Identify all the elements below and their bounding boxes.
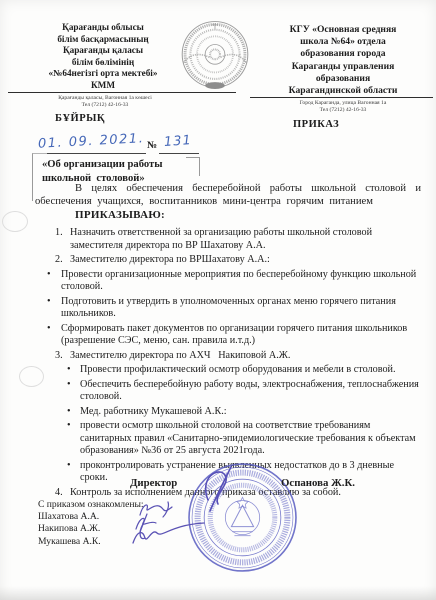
item-text: Заместителю директора по АХЧ Накиповой А…: [70, 350, 423, 363]
director-signature: [198, 464, 244, 516]
phone-line: Тел (7212) 42-16-33: [26, 102, 184, 109]
handwritten-order-number: 131: [164, 133, 193, 150]
address-line: Қарағанды қаласы, Вагонная 1а көшесі: [26, 95, 184, 102]
org-line: білім басқармасының: [24, 34, 182, 46]
bullet-marker: •: [67, 420, 80, 458]
item-text: Сформировать пакет документов по организ…: [61, 323, 423, 348]
scanned-order-document: Қарағанды облысы білім басқармасының Қар…: [0, 0, 436, 600]
order-item: •Обеспечить бесперебойную работу воды, э…: [35, 379, 423, 404]
number-sign: №: [147, 140, 157, 151]
date-underline: [32, 153, 146, 154]
org-line: школа №64» отдела: [254, 36, 432, 48]
item-text: Провести профилактический осмотр оборудо…: [80, 364, 423, 377]
order-item: 2.Заместителю директора по ВРШахатову А.…: [35, 254, 423, 267]
item-text: Заместителю директора по ВРШахатову А.А.…: [70, 254, 423, 267]
header-rule-right: [250, 97, 433, 98]
order-item: 1.Назначить ответственной за организацию…: [35, 227, 423, 252]
org-line: Караганды управления: [254, 61, 432, 73]
handwritten-date: 01. 09. 2021.: [38, 131, 145, 152]
org-line: образования города: [254, 48, 432, 60]
item-text: провести осмотр школьной столовой на соо…: [80, 420, 423, 458]
org-line: Қарағанды облысы: [24, 22, 182, 34]
director-label: Директор: [130, 477, 177, 489]
header-rule-left: [8, 92, 236, 93]
order-heading-russian: ПРИКАЗ: [293, 119, 339, 130]
acknowledgement-block: С приказом ознакомлены: Шахатова А.А. На…: [38, 499, 144, 548]
item-text: Провести организационные мероприятия по …: [61, 269, 423, 294]
bullet-marker: •: [47, 296, 61, 321]
order-item: •Провести организационные мероприятия по…: [35, 269, 423, 294]
item-text: Назначить ответственной за организацию р…: [70, 227, 423, 252]
org-line: КГУ «Основная средняя: [254, 24, 432, 36]
ack-name: Накипова А.Ж.: [38, 523, 144, 535]
item-marker: 1.: [55, 227, 70, 252]
item-text: Подготовить и утвердить в уполномоченных…: [61, 296, 423, 321]
org-address-kazakh: Қарағанды қаласы, Вагонная 1а көшесі Тел…: [26, 95, 184, 109]
org-line: КММ: [24, 80, 182, 92]
bullet-marker: •: [47, 269, 61, 294]
ack-name: Шахатова А.А.: [38, 511, 144, 523]
order-intro: В целях обеспечения бесперебойной работы…: [35, 182, 421, 222]
org-line: Қарағанды қаласы: [24, 45, 182, 57]
org-name-russian: КГУ «Основная средняя школа №64» отдела …: [254, 24, 432, 97]
item-marker: 4.: [55, 487, 70, 500]
ack-name: Мукашева А.К.: [38, 536, 144, 548]
order-item: •провести осмотр школьной столовой на со…: [35, 420, 423, 458]
item-text: Обеспечить бесперебойную работу воды, эл…: [80, 379, 423, 404]
org-line: білім бөлімінің: [24, 57, 182, 69]
org-line: образования: [254, 73, 432, 85]
director-name: Оспанова Ж.К.: [281, 477, 355, 489]
phone-line: Тел (7212) 42-16-33: [254, 107, 432, 114]
order-item: 3.Заместителю директора по АХЧ Накиповой…: [35, 350, 423, 363]
order-heading-kazakh: БҰЙРЫҚ: [55, 113, 105, 124]
order-item: •Подготовить и утвердить в уполномоченны…: [35, 296, 423, 321]
item-marker: 3.: [55, 350, 70, 363]
bullet-marker: •: [67, 379, 80, 404]
item-marker: 2.: [55, 254, 70, 267]
hole-punch-mark: [2, 211, 28, 232]
order-items-list: 1.Назначить ответственной за организацию…: [35, 227, 423, 501]
address-line: Город Караганда, улица Вагонная 1а: [254, 100, 432, 107]
number-underline: [159, 153, 199, 154]
org-line: Карагандинской области: [254, 85, 432, 97]
bullet-marker: •: [67, 364, 80, 377]
bullet-marker: •: [67, 406, 80, 419]
org-address-russian: Город Караганда, улица Вагонная 1а Тел (…: [254, 100, 432, 114]
bullet-marker: •: [67, 460, 80, 485]
ack-label: С приказом ознакомлены:: [38, 499, 144, 511]
order-item: •Провести профилактический осмотр оборуд…: [35, 364, 423, 377]
order-item: •Мед. работнику Мукашевой А.К.:: [35, 406, 423, 419]
bullet-marker: •: [47, 323, 61, 348]
ack-signature-3: [130, 521, 208, 549]
intro-text: В целях обеспечения бесперебойной работы…: [35, 183, 421, 207]
org-name-kazakh: Қарағанды облысы білім басқармасының Қар…: [24, 22, 182, 92]
order-item: •Сформировать пакет документов по органи…: [35, 323, 423, 348]
org-line: «№64негізгі орта мектебі»: [24, 68, 182, 80]
hole-punch-mark: [19, 366, 44, 387]
resolve-word: ПРИКАЗЫВАЮ:: [35, 209, 421, 222]
order-title: «Об организации работы школьной столовой…: [42, 158, 214, 185]
item-text: Мед. работнику Мукашевой А.К.:: [80, 406, 423, 419]
kazakhstan-emblem-icon: [174, 15, 256, 97]
